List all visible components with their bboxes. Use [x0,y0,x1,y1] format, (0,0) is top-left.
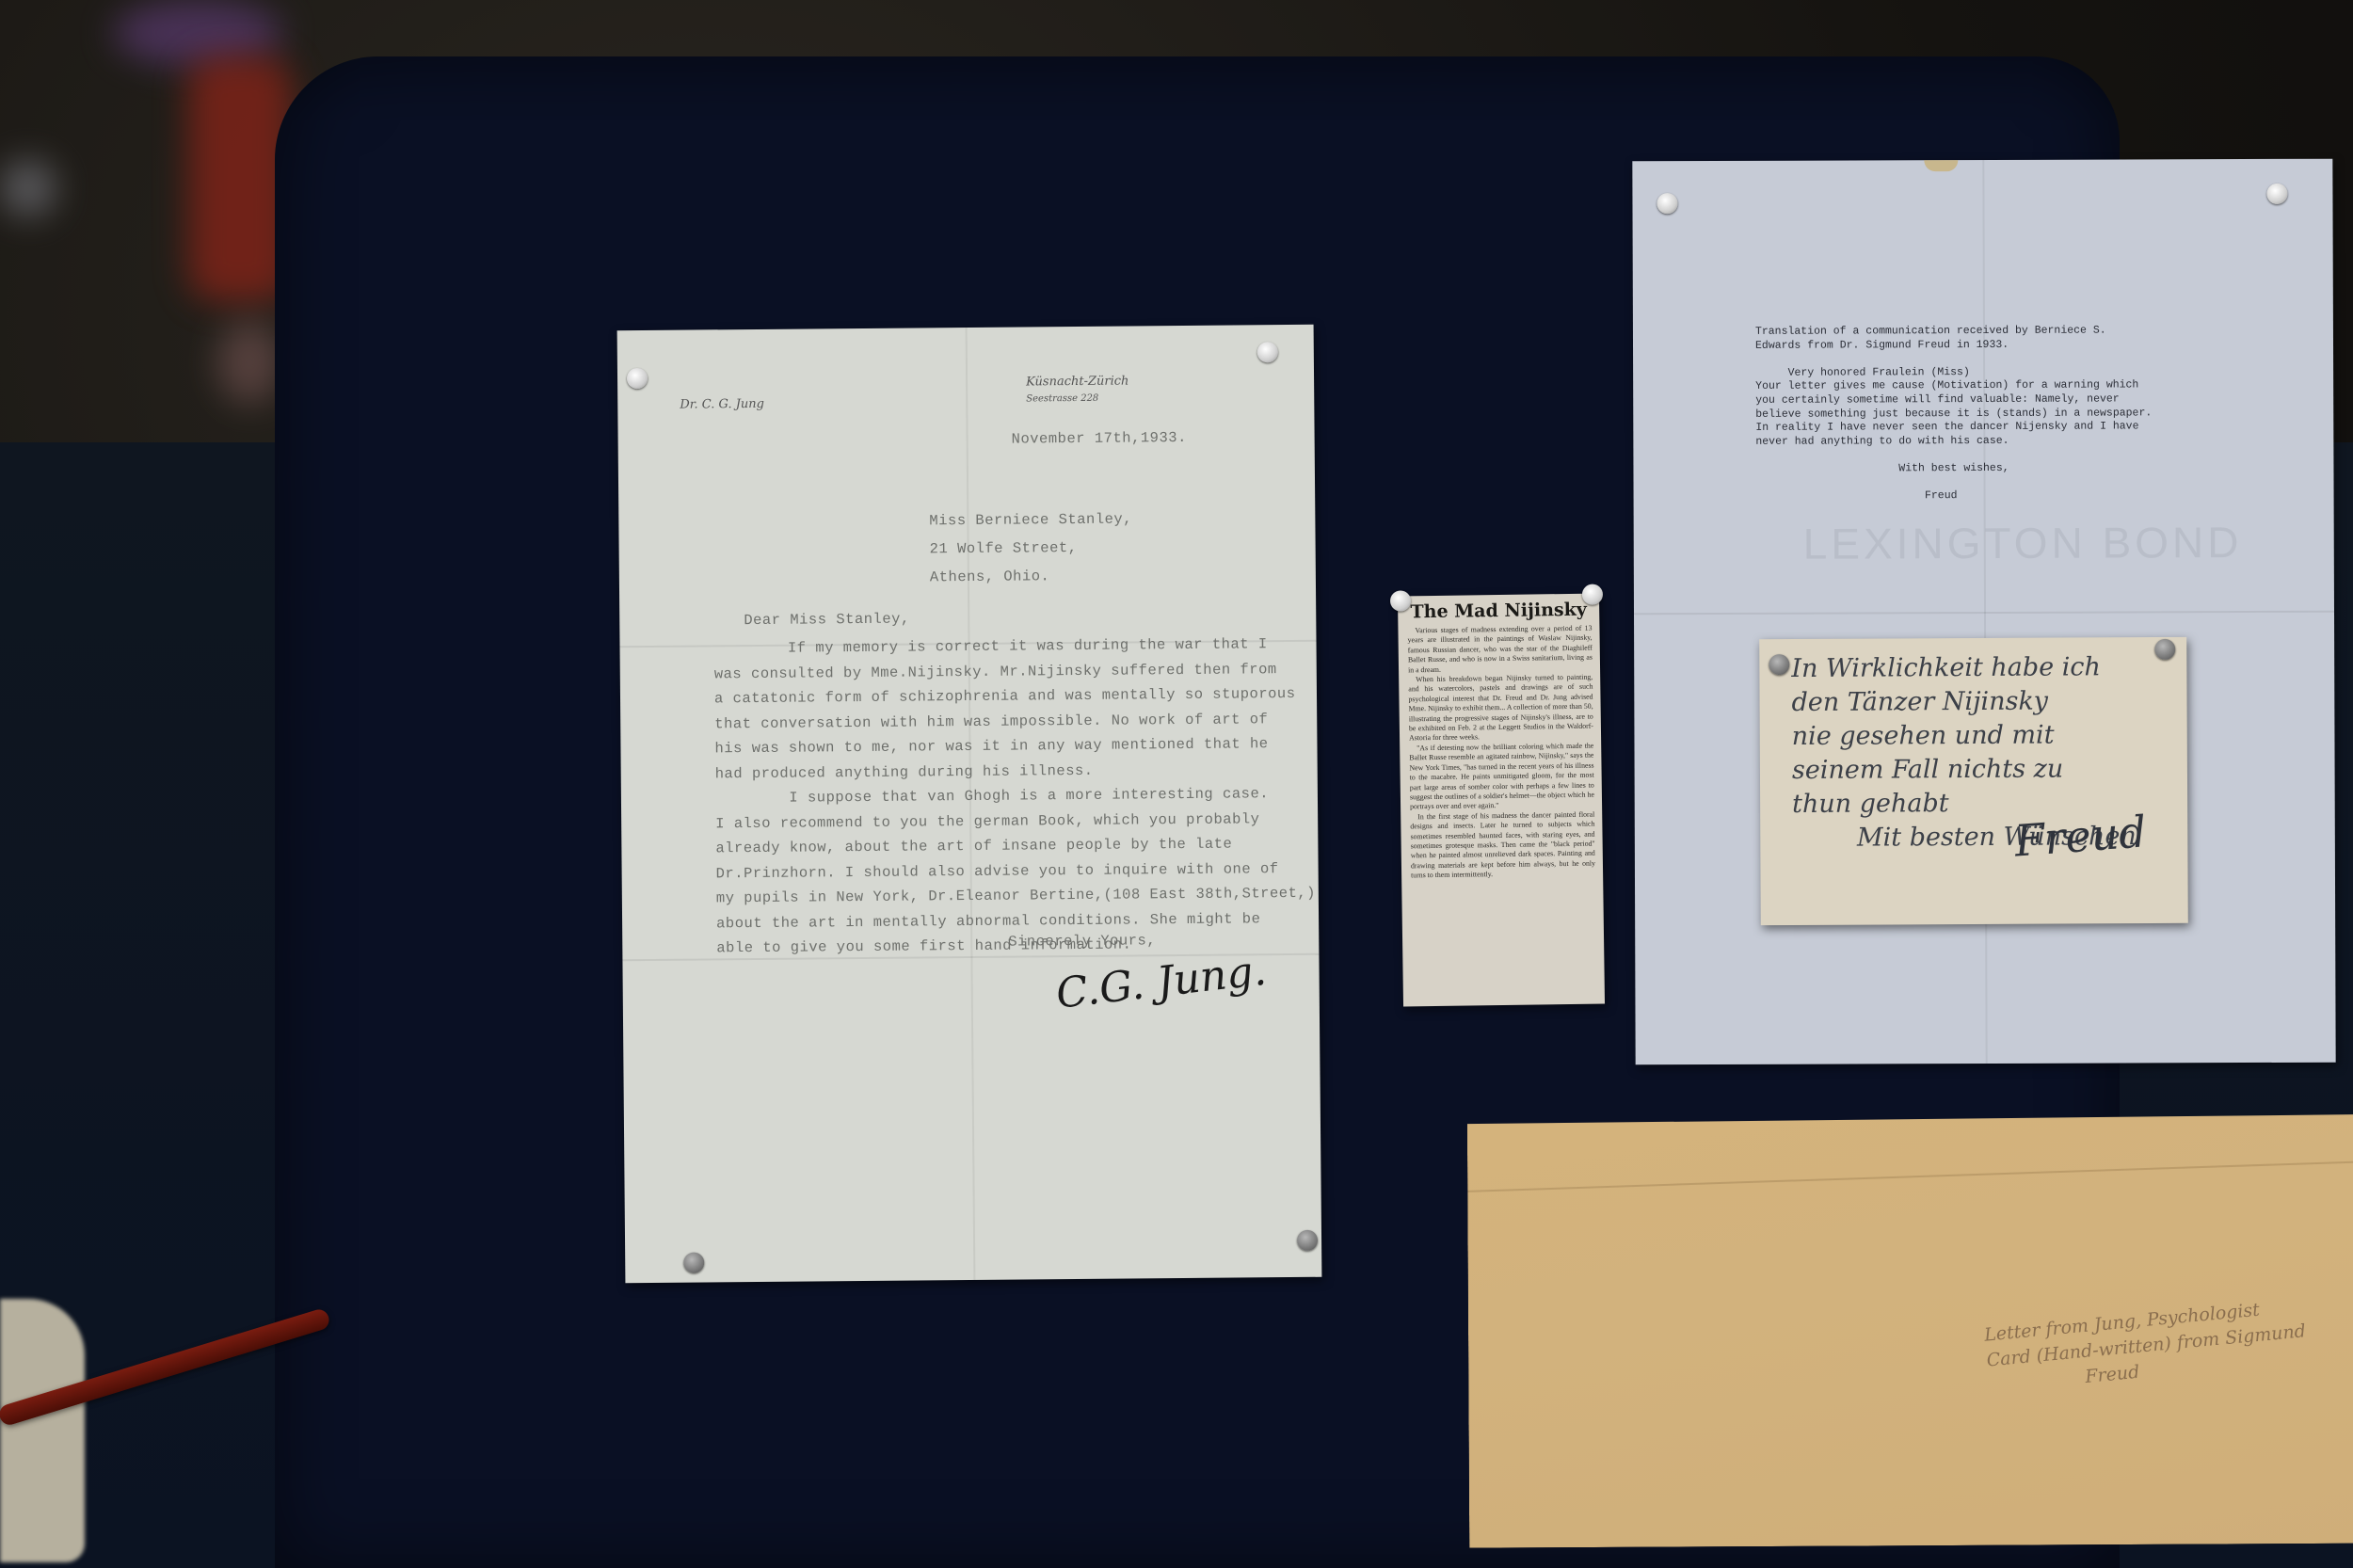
pin-icon [683,1252,704,1272]
display-board: Dr. C. G. Jung Küsnacht-Zürich Seestrass… [275,56,2120,1568]
letterhead-street: Seestrasse 228 [1026,391,1128,408]
envelope-flap [1467,1159,2353,1192]
background-blur-shoe [0,160,56,216]
pin-icon [1769,654,1789,675]
translation-text: Translation of a communication received … [1755,324,2283,504]
address-line: Miss Berniece Stanley, [929,504,1132,535]
freud-handwritten-card: In Wirklichkeit habe ich den Tänzer Niji… [1759,637,2188,925]
pin-icon [1657,193,1677,214]
background-blur-shoe [216,320,282,405]
paper-watermark: LEXINGTON BOND [1803,517,2243,569]
person-arm [0,1299,85,1562]
pin-icon [627,368,648,389]
address-line: Athens, Ohio. [930,561,1133,591]
letterhead-city: Küsnacht-Zürich [1026,374,1128,392]
recipient-address: Miss Berniece Stanley, 21 Wolfe Street, … [929,504,1132,591]
stain [1924,160,1958,171]
jung-letter: Dr. C. G. Jung Küsnacht-Zürich Seestrass… [617,325,1322,1283]
pin-icon [1257,342,1278,362]
freud-signature: Freud [2012,806,2148,866]
envelope-note: Letter from Jung, Psychologist Card (Han… [1983,1293,2309,1399]
newspaper-clipping: The Mad Nijinsky Various stages of madne… [1398,594,1605,1007]
letterhead-address: Küsnacht-Zürich Seestrasse 228 [1026,374,1129,408]
closing: Sincerely Yours, [1008,932,1156,950]
letter-date: November 17th,1933. [1012,429,1187,448]
letterhead-name: Dr. C. G. Jung [680,397,764,412]
clipping-text: Various stages of madness extending over… [1407,624,1595,881]
clipping-paragraph: In the first stage of his madness the da… [1410,809,1595,881]
clipping-paragraph: "As if detesting now the brilliant color… [1409,741,1594,812]
pin-icon [1297,1230,1318,1251]
envelope: Letter from Jung, Psychologist Card (Han… [1467,1113,2353,1547]
letter-body: If my memory is correct it was during th… [713,632,1281,961]
clipping-title: The Mad Nijinsky [1398,600,1599,623]
pin-icon [2266,184,2287,204]
clipping-paragraph: Various stages of madness extending over… [1407,624,1593,676]
salutation: Dear Miss Stanley, [744,611,910,630]
freud-translation: Translation of a communication received … [1632,159,2335,1065]
clipping-paragraph: When his breakdown began Nijinsky turned… [1408,673,1593,744]
address-line: 21 Wolfe Street, [930,533,1133,563]
